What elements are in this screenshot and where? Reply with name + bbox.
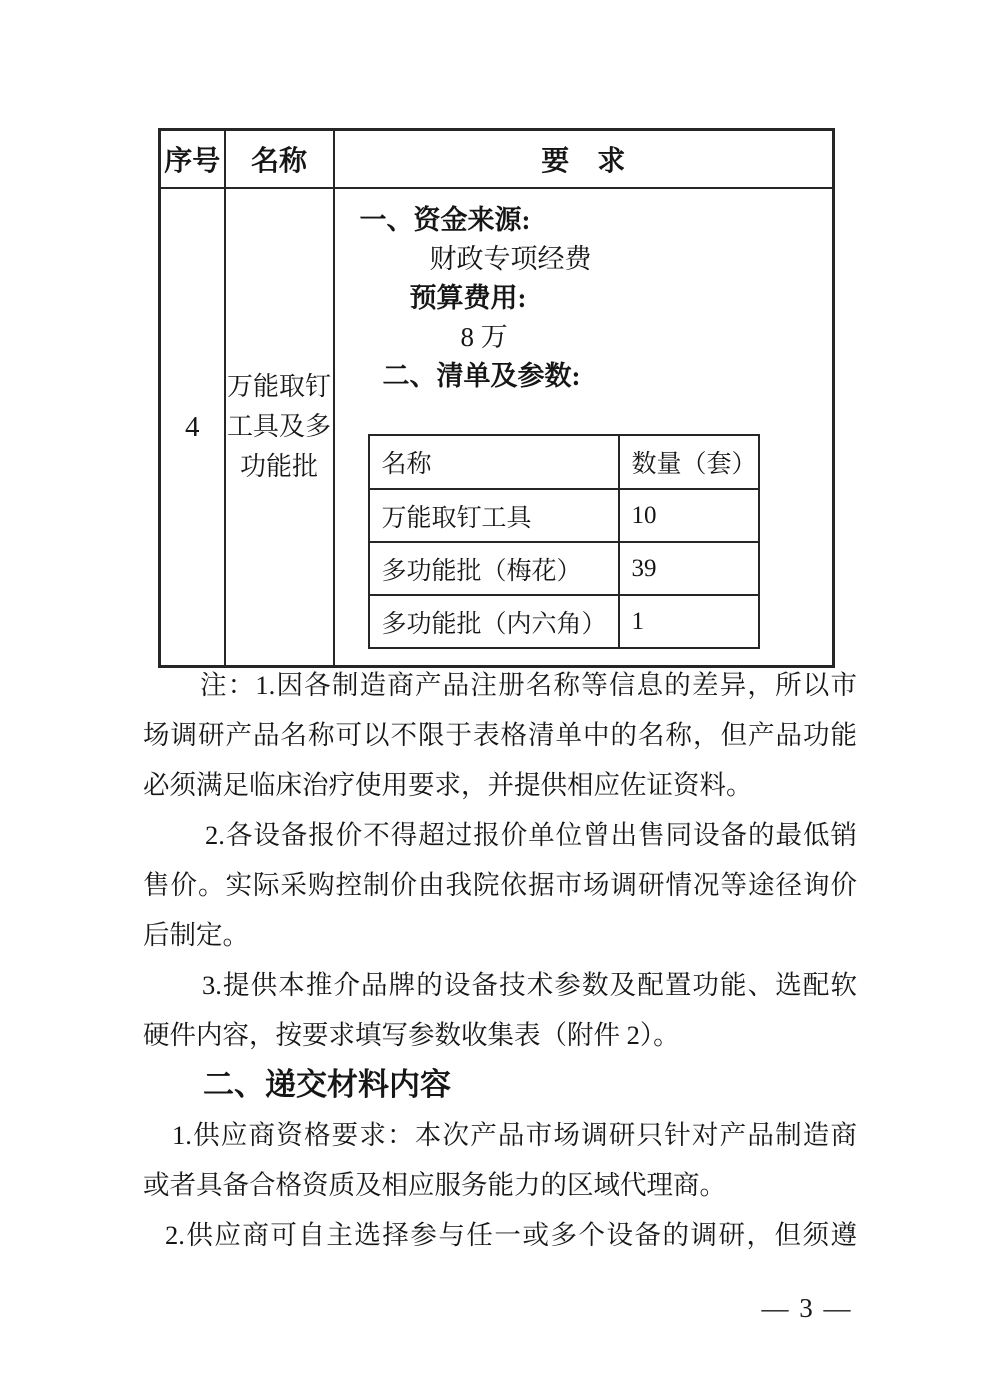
quantity-table: 名称 数量（套） 万能取钉工具 10 多功能批（梅花） 39 — [368, 434, 760, 649]
note-line: 硬件内容，按要求填写参数收集表（附件 2）。 — [143, 1010, 857, 1060]
page-number: — 3 — — [752, 1293, 862, 1324]
note-line: 2.各设备报价不得超过报价单位曾出售同设备的最低销 — [143, 810, 857, 860]
quantity-table-header-row: 名称 数量（套） — [369, 435, 759, 489]
item-name-cell: 万能取钉工具及多功能批 — [225, 188, 334, 667]
quantity-row: 万能取钉工具 10 — [369, 489, 759, 542]
qty-header-name: 名称 — [369, 435, 619, 489]
seq-value: 4 — [160, 188, 225, 667]
note-line: 或者具备合格资质及相应服务能力的区域代理商。 — [143, 1160, 857, 1210]
note-line: 注：1.因各制造商产品注册名称等信息的差异，所以市 — [143, 660, 857, 710]
requirement-cell: 一、资金来源: 财政专项经费 预算费用: 8 万 二、清单及参数: 名称 — [334, 188, 834, 667]
list-params-label: 二、清单及参数: — [383, 357, 833, 396]
spec-table: 序号 名称 要 求 4 万能取钉工具及多功能批 一、资金来源: 财政专项经费 预… — [158, 128, 835, 668]
qty-row-name: 多功能批（内六角） — [369, 595, 619, 648]
note-line: 1.供应商资格要求：本次产品市场调研只针对产品制造商 — [143, 1110, 857, 1160]
qty-row-name: 万能取钉工具 — [369, 489, 619, 542]
qty-row-name: 多功能批（梅花） — [369, 542, 619, 595]
note-line: 必须满足临床治疗使用要求，并提供相应佐证资料。 — [143, 760, 857, 810]
qty-row-value: 1 — [619, 595, 759, 648]
header-requirement: 要 求 — [334, 130, 834, 189]
quantity-row: 多功能批（内六角） 1 — [369, 595, 759, 648]
header-seq: 序号 — [160, 130, 225, 189]
header-name: 名称 — [225, 130, 334, 189]
note-line: 场调研产品名称可以不限于表格清单中的名称，但产品功能 — [143, 710, 857, 760]
note-line: 2.供应商可自主选择参与任一或多个设备的调研，但须遵 — [143, 1210, 857, 1260]
funding-source-value: 财政专项经费 — [430, 240, 833, 279]
qty-row-value: 39 — [619, 542, 759, 595]
funding-source-label: 一、资金来源: — [360, 201, 833, 240]
note-line: 3.提供本推介品牌的设备技术参数及配置功能、选配软 — [143, 960, 857, 1010]
budget-value: 8 万 — [461, 318, 833, 357]
qty-header-qty: 数量（套） — [619, 435, 759, 489]
note-line: 后制定。 — [143, 910, 857, 960]
item-name: 万能取钉工具及多功能批 — [226, 367, 332, 487]
budget-label: 预算费用: — [410, 279, 833, 318]
quantity-row: 多功能批（梅花） 39 — [369, 542, 759, 595]
spec-table-row: 4 万能取钉工具及多功能批 一、资金来源: 财政专项经费 预算费用: 8 万 二… — [160, 188, 834, 667]
notes-section: 注：1.因各制造商产品注册名称等信息的差异，所以市 场调研产品名称可以不限于表格… — [143, 660, 857, 1260]
note-line: 售价。实际采购控制价由我院依据市场调研情况等途径询价 — [143, 860, 857, 910]
spec-table-header-row: 序号 名称 要 求 — [160, 130, 834, 189]
document-page: 序号 名称 要 求 4 万能取钉工具及多功能批 一、资金来源: 财政专项经费 预… — [0, 0, 1000, 1399]
section-heading: 二、递交材料内容 — [143, 1060, 857, 1110]
qty-row-value: 10 — [619, 489, 759, 542]
